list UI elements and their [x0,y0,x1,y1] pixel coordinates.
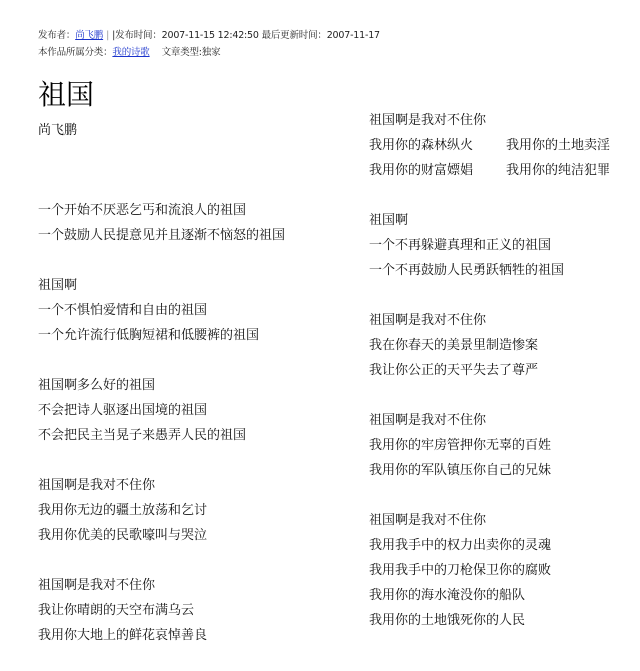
poem-line-pair: 我用你的森林纵火 我用你的土地卖淫 [369,133,634,158]
publish-time-label: |发布时间： [112,30,162,41]
poem-line-pair: 我用你的财富嫖娼 我用你的纯洁犯罪 [369,158,634,183]
meta-line-1: 发布者：尚飞鹏||发布时间：2007-11-15 12:42:50 最后更新时间… [38,27,380,44]
poem-line: 我用你无边的疆土放荡和乞讨 [38,498,338,523]
poem-line: 我用你的纯洁犯罪 [506,158,610,183]
poem-left-column: 一个开始不厌恶乞丐和流浪人的祖国 一个鼓励人民提意见并且逐渐不恼怒的祖国 祖国啊… [38,198,338,648]
poem-author: 尚飞鹏 [38,122,77,140]
category-link[interactable]: 我的诗歌 [112,47,149,58]
poem-line: 我用我手中的刀枪保卫你的腐败 [369,558,634,583]
poem-line: 我用你的土地卖淫 [506,133,610,158]
article-meta: 发布者：尚飞鹏||发布时间：2007-11-15 12:42:50 最后更新时间… [38,27,380,61]
poem-line: 一个不再躲避真理和正义的祖国 [369,233,634,258]
poem-line: 祖国啊 [38,273,338,298]
poem-line: 祖国啊是我对不住你 [369,108,634,133]
stanza: 祖国啊 一个不惧怕爱情和自由的祖国 一个允许流行低胸短裙和低腰裤的祖国 [38,273,338,348]
poem-line: 我用你的森林纵火 [369,133,506,158]
updated-label: 最后更新时间： [262,30,327,41]
poem-line: 不会把诗人驱逐出国境的祖国 [38,398,338,423]
poem-line: 一个不惧怕爱情和自由的祖国 [38,298,338,323]
poem-line: 祖国啊是我对不住你 [38,573,338,598]
poem-line: 一个不再鼓励人民勇跃牺牲的祖国 [369,258,634,283]
poem-line: 祖国啊是我对不住你 [369,508,634,533]
stanza: 祖国啊是我对不住你 我用你的森林纵火 我用你的土地卖淫 我用你的财富嫖娼 我用你… [369,108,634,183]
article-type: 文章类型:独家 [162,47,221,58]
poem-line: 祖国啊是我对不住你 [38,473,338,498]
poem-line: 祖国啊是我对不住你 [369,308,634,333]
stanza: 一个开始不厌恶乞丐和流浪人的祖国 一个鼓励人民提意见并且逐渐不恼怒的祖国 [38,198,338,248]
poem-line: 我用你优美的民歌嚎叫与哭泣 [38,523,338,548]
poem-line: 我用你大地上的鲜花哀悼善良 [38,623,338,648]
stanza: 祖国啊是我对不住你 我在你春天的美景里制造惨案 我让你公正的天平失去了尊严 [369,308,634,383]
separator: | [106,30,109,41]
poem-line: 我用你的海水淹没你的船队 [369,583,634,608]
stanza: 祖国啊 一个不再躲避真理和正义的祖国 一个不再鼓励人民勇跃牺牲的祖国 [369,208,634,283]
category-label: 本作品所属分类： [38,47,112,58]
poem-line: 我用你的土地饿死你的人民 [369,608,634,633]
poem-line: 我用你的牢房管押你无辜的百姓 [369,433,634,458]
poem-line: 祖国啊多么好的祖国 [38,373,338,398]
stanza: 祖国啊是我对不住你 我用你无边的疆土放荡和乞讨 我用你优美的民歌嚎叫与哭泣 [38,473,338,548]
poem-line: 我在你春天的美景里制造惨案 [369,333,634,358]
stanza: 祖国啊是我对不住你 我用你的牢房管押你无辜的百姓 我用你的军队镇压你自己的兄妹 [369,408,634,483]
poem-right-column: 祖国啊是我对不住你 我用你的森林纵火 我用你的土地卖淫 我用你的财富嫖娼 我用你… [369,108,634,633]
poem-line: 一个开始不厌恶乞丐和流浪人的祖国 [38,198,338,223]
poem-line: 祖国啊是我对不住你 [369,408,634,433]
poem-line: 我让你晴朗的天空布满乌云 [38,598,338,623]
poem-title: 祖国 [38,78,94,112]
stanza: 祖国啊是我对不住你 我让你晴朗的天空布满乌云 我用你大地上的鲜花哀悼善良 [38,573,338,648]
poem-line: 我用你的军队镇压你自己的兄妹 [369,458,634,483]
publish-time: 2007-11-15 12:42:50 [162,30,259,41]
poem-line: 一个允许流行低胸短裙和低腰裤的祖国 [38,323,338,348]
publisher-link[interactable]: 尚飞鹏 [75,30,103,41]
stanza: 祖国啊是我对不住你 我用我手中的权力出卖你的灵魂 我用我手中的刀枪保卫你的腐败 … [369,508,634,633]
poem-line: 我用你的财富嫖娼 [369,158,506,183]
stanza: 祖国啊多么好的祖国 不会把诗人驱逐出国境的祖国 不会把民主当晃子来愚弄人民的祖国 [38,373,338,448]
updated-time: 2007-11-17 [327,30,380,41]
poem-line: 我用我手中的权力出卖你的灵魂 [369,533,634,558]
poem-line: 一个鼓励人民提意见并且逐渐不恼怒的祖国 [38,223,338,248]
meta-line-2: 本作品所属分类：我的诗歌文章类型:独家 [38,44,380,61]
poem-line: 我让你公正的天平失去了尊严 [369,358,634,383]
poem-line: 祖国啊 [369,208,634,233]
publisher-label: 发布者： [38,30,75,41]
poem-line: 不会把民主当晃子来愚弄人民的祖国 [38,423,338,448]
